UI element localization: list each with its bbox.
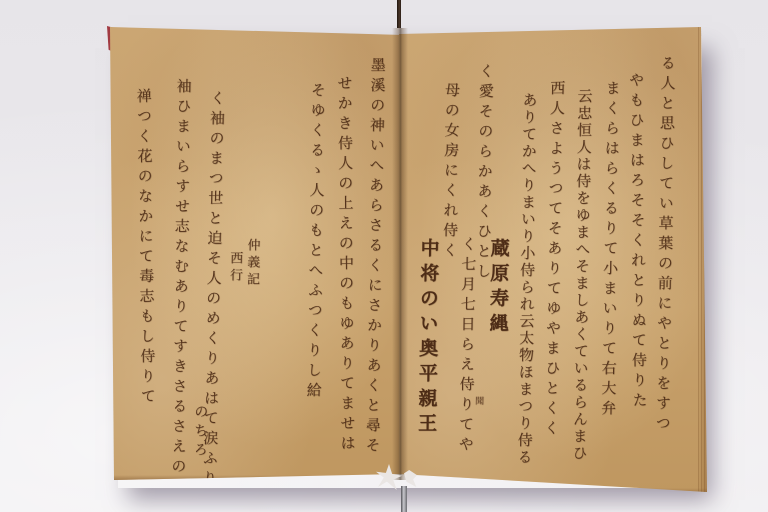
inline-note: 聞 <box>473 396 482 420</box>
page-gutter <box>392 28 408 480</box>
attribution-label: 仲義記 <box>244 238 258 312</box>
calligraphy-column: 母の女房にくれ侍く <box>442 82 459 245</box>
calligraphy-column: まくらはらくるりて小まいりて右大弁 <box>599 80 619 458</box>
calligraphy-column: く七月七日らえ侍りてや <box>457 236 475 470</box>
page-bottom-edge <box>399 488 710 494</box>
name-heading: 蔵原寿縄 <box>487 238 507 345</box>
page-bottom-edge <box>110 475 403 481</box>
calligraphy-column: ありてかへりまいり小侍られ云太物ほまつり侍る <box>516 92 536 462</box>
calligraphy-column: やもひまはろそそくれとりぬて侍りた <box>628 72 647 462</box>
poet-label: 西行 <box>228 251 242 299</box>
calligraphy-column: 西人さようつてそありてゆやまひとくく <box>543 80 565 460</box>
left-page: 墨溪の神いへあらさるくにさかりあくと尋そ せかき侍人の上えの中のもゆありてませは… <box>110 25 403 481</box>
calligraphy-column: 禅つく花のなかにて毒志もし侍りて <box>136 88 156 445</box>
right-page: る人と思ひしてい草葉の前にやとりをすつ やもひまはろそそくれとりぬて侍りた まく… <box>399 24 710 494</box>
calligraphy-column: せかき侍人の上えの中のもゆありてませは <box>336 75 354 465</box>
calligraphy-column: 袖ひまいらすせ志なむありてすきさるさえのり月 <box>170 78 190 470</box>
calligraphy-column: く愛そのらかあくひとし <box>476 63 493 240</box>
fore-edge-page-stack <box>698 24 710 494</box>
calligraphy-column: のちろ <box>193 404 208 466</box>
manuscript-book: 墨溪の神いへあらさるくにさかりあくと尋そ せかき侍人の上えの中のもゆありてませは… <box>106 22 714 496</box>
calligraphy-column: く袖のまつ世と迫そ人のめくりあはて涙ふり <box>202 90 224 425</box>
calligraphy-column: 墨溪の神いへあらさるくにさかりあくと尋そ <box>364 57 385 462</box>
name-heading: 中将のい奥平親王 <box>415 238 437 478</box>
calligraphy-column: 云忠恒人は侍をゆまへそましあくているらんまひ <box>571 88 591 448</box>
photo-background: 墨溪の神いへあらさるくにさかりあくと尋そ せかき侍人の上えの中のもゆありてませは… <box>0 0 768 512</box>
calligraphy-column: る人と思ひしてい草葉の前にやとりをすつ <box>654 55 675 460</box>
calligraphy-column: そゆくるゝ人のもとへふつくりし給 <box>306 82 325 360</box>
